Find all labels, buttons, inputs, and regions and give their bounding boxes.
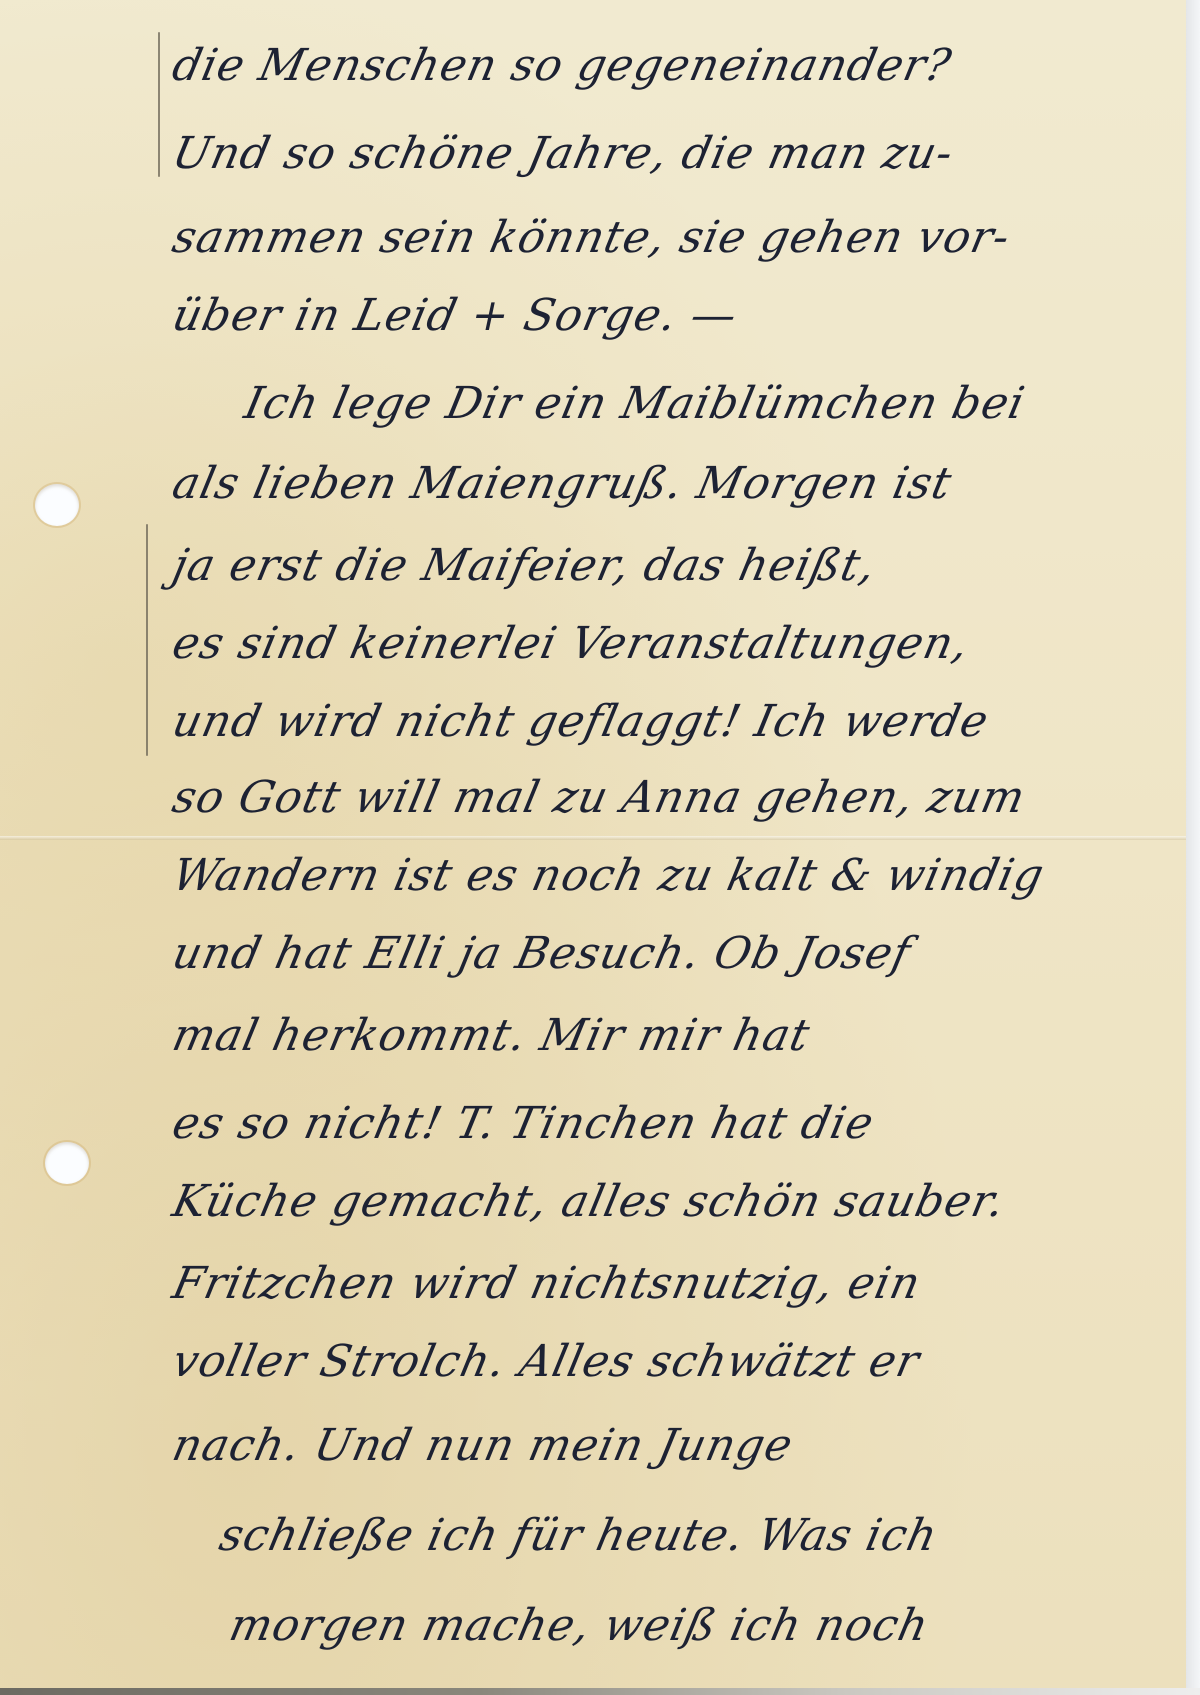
- letter-line: mal herkommt. Mir mir hat: [168, 1010, 1151, 1061]
- scan-edge-bottom: [0, 1688, 1200, 1695]
- letter-line: Wandern ist es noch zu kalt & windig: [168, 850, 1151, 901]
- letter-line: nach. Und nun mein Junge: [168, 1420, 1151, 1471]
- margin-bracket-top: [158, 32, 160, 177]
- letter-line: Küche gemacht, alles schön sauber.: [168, 1176, 1151, 1227]
- letter-line: morgen mache, weiß ich noch: [225, 1600, 1151, 1651]
- letter-line: die Menschen so gegeneinander?: [168, 40, 1151, 91]
- letter-line: schließe ich für heute. Was ich: [215, 1510, 1151, 1561]
- fold-crease: [0, 836, 1186, 840]
- letter-line: voller Strolch. Alles schwätzt er: [168, 1336, 1151, 1387]
- scan-edge-right: [1186, 0, 1200, 1695]
- letter-line: über in Leid + Sorge. —: [168, 290, 1151, 341]
- letter-line: sammen sein könnte, sie gehen vor-: [168, 212, 1151, 263]
- punch-hole-bottom: [45, 1142, 89, 1184]
- letter-line: und hat Elli ja Besuch. Ob Josef: [168, 928, 1151, 979]
- margin-bracket-middle: [146, 524, 148, 756]
- letter-line: Fritzchen wird nichtsnutzig, ein: [168, 1258, 1151, 1309]
- letter-line: Ich lege Dir ein Maiblümchen bei: [240, 378, 1151, 429]
- letter-line: es sind keinerlei Veranstaltungen,: [168, 618, 1151, 669]
- punch-hole-top: [35, 484, 79, 526]
- letter-line: es so nicht! T. Tinchen hat die: [168, 1098, 1151, 1149]
- letter-line: und wird nicht geflaggt! Ich werde: [168, 696, 1151, 747]
- letter-line: als lieben Maiengruß. Morgen ist: [168, 458, 1151, 509]
- letter-line: ja erst die Maifeier, das heißt,: [168, 540, 1151, 591]
- letter-line: Und so schöne Jahre, die man zu-: [168, 128, 1151, 179]
- letter-line: so Gott will mal zu Anna gehen, zum: [168, 772, 1151, 823]
